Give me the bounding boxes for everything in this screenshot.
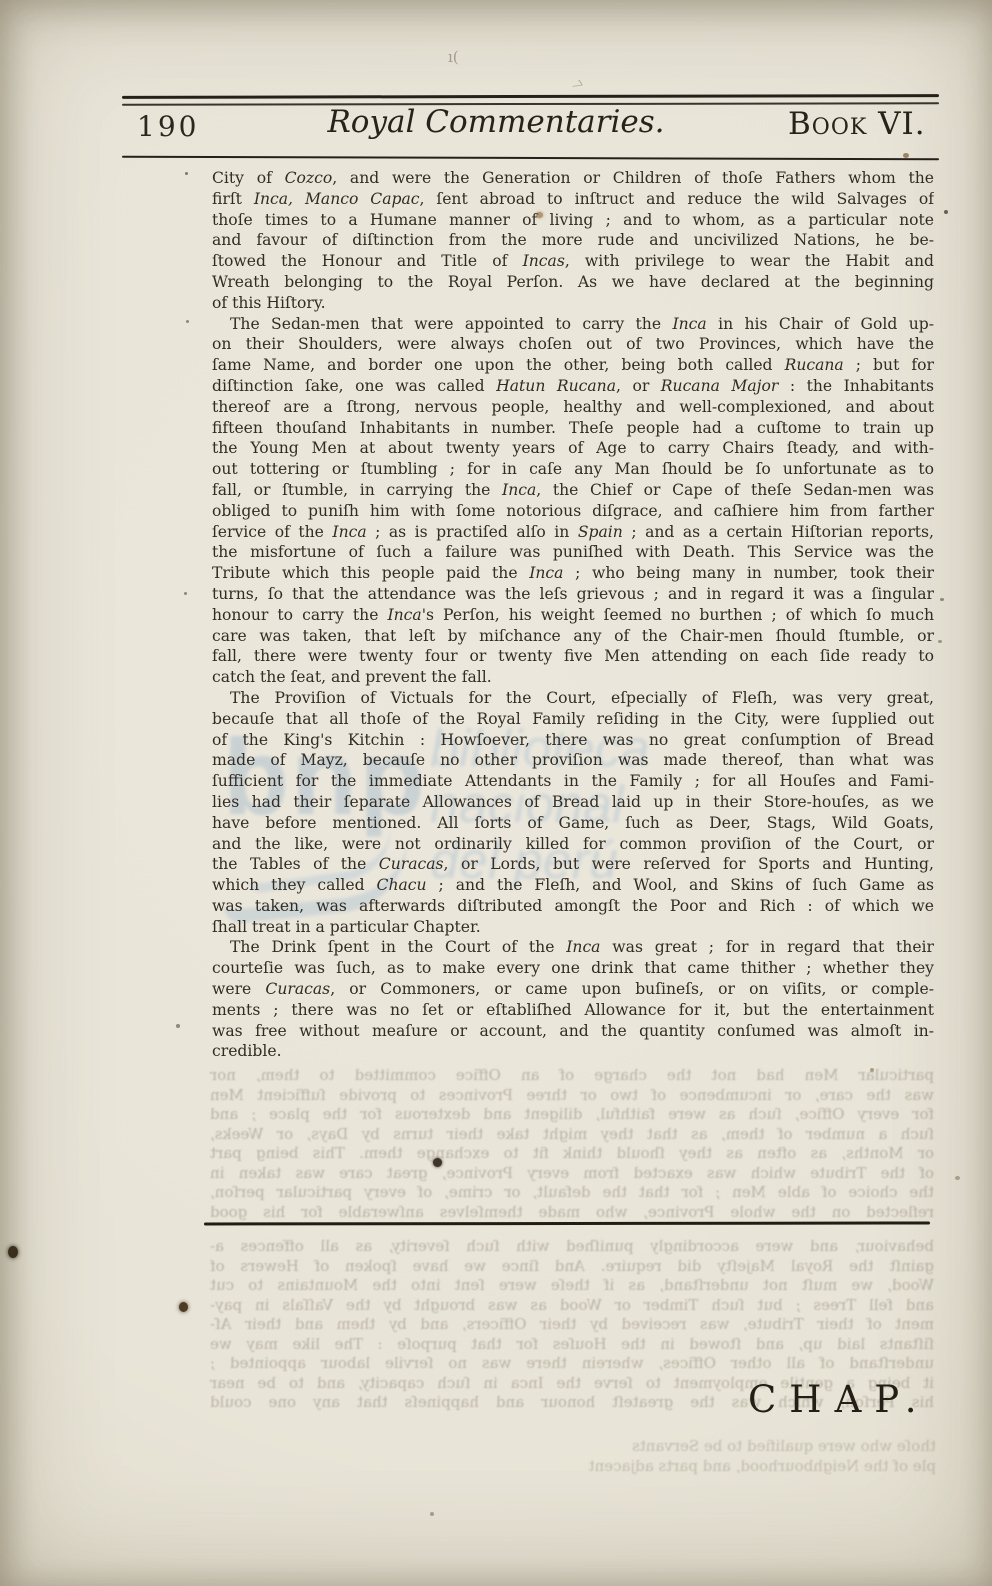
text-line: The Proviſion of Victuals for the Court,… — [212, 688, 934, 709]
text-line: ſhall treat in a particular Chapter. — [212, 917, 934, 938]
printer-dot — [185, 172, 188, 175]
text-block: City of Cozco, and were the Generation o… — [212, 168, 934, 1062]
foxing-speck — [179, 1302, 188, 1312]
printer-dot — [176, 1024, 180, 1028]
text-line: ſtowed the Honour and Title of Incas, wi… — [212, 251, 934, 272]
text-line: ſame Name, and border one upon the other… — [212, 355, 934, 376]
text-line: ſervice of the Inca ; as is practiſed al… — [212, 522, 934, 543]
text-line: courteſie was ſuch, as to make every one… — [212, 958, 934, 979]
book-page-scan: 190 Royal Commentaries. Book VI. bnp bib… — [0, 0, 992, 1586]
text-line: obliged to puniſh him with ſome notoriou… — [212, 501, 934, 522]
bleedthrough-line: behaviour, and were accordingly puniſhed… — [210, 1237, 934, 1257]
foxing-speck — [903, 153, 909, 158]
header-top-rule — [122, 94, 939, 98]
foxing-speck — [940, 598, 944, 601]
foxing-speck — [870, 1068, 874, 1072]
text-line: was free without meaſure or account, and… — [212, 1021, 934, 1042]
text-line: Wreath belonging to the Royal Perſon. As… — [212, 272, 934, 293]
foxing-speck — [938, 640, 942, 643]
text-line: and favour of diſtinction from the more … — [212, 230, 934, 251]
text-line: the Tables of the Curacas, or Lords, but… — [212, 854, 934, 875]
text-line: ments ; there was no ſet or eſtabliſhed … — [212, 1000, 934, 1021]
text-line: lies had their ſeparate Allowances of Br… — [212, 792, 934, 813]
bleedthrough-line: ſiſtants laid up, and ſtowed in the Houſ… — [210, 1335, 934, 1355]
catchword: CHAP. — [748, 1378, 929, 1421]
text-line: made of Mayz, becauſe no other proviſion… — [212, 750, 934, 771]
bleedthrough-line: gainſt the Royal Majeſty did require. An… — [210, 1257, 934, 1277]
text-line: out tottering or ſtumbling ; for in caſe… — [212, 459, 934, 480]
foxing-speck — [944, 210, 948, 214]
stray-ink-mark: ı( — [448, 48, 459, 66]
header-bottom-rule — [122, 156, 939, 161]
text-line: honour to carry the Inca's Perſon, his w… — [212, 605, 934, 626]
text-line: Tribute which this people paid the Inca … — [212, 563, 934, 584]
bleedthrough-line: the choice of able Men ; for that the de… — [210, 1183, 934, 1203]
text-line: thoſe times to a Humane manner of living… — [212, 210, 934, 231]
page-edge-blemish — [8, 1246, 18, 1258]
text-line: were Curacas, or Commoners, or came upon… — [212, 979, 934, 1000]
text-line: becauſe that all thoſe of the Royal Fami… — [212, 709, 934, 730]
text-line: which they called Chacu ; and the Fleſh,… — [212, 875, 934, 896]
text-line: fall, or ſtumble, in carrying the Inca, … — [212, 480, 934, 501]
bleedthrough-above-rule: particular Men had not the charge of an … — [210, 1066, 934, 1222]
foxing-speck — [433, 1158, 442, 1167]
bleedthrough-line: ſuch a number of them, as that they migh… — [210, 1125, 934, 1145]
stray-ink-mark: 7 — [568, 78, 585, 93]
text-line: thereof are a ſtrong, nervous people, he… — [212, 397, 934, 418]
section-divider-rule — [204, 1221, 930, 1225]
bleedthrough-line: ment of their Tribute, was received by t… — [210, 1315, 934, 1335]
text-line: The Drink ſpent in the Court of the Inca… — [212, 937, 934, 958]
text-line: of the King's Kitchin : Howſoever, there… — [212, 730, 934, 751]
text-line: fall, there were twenty four or twenty f… — [212, 646, 934, 667]
bleedthrough-line: thoſe who were qualified to be Servants — [556, 1437, 936, 1457]
foxing-speck — [536, 212, 543, 218]
text-line: diſtinction ſake, one was called Hatun R… — [212, 376, 934, 397]
text-line: firſt Inca, Manco Capac, ſent abroad to … — [212, 189, 934, 210]
foxing-speck — [955, 1176, 960, 1180]
text-line: turns, ſo that the attendance was the le… — [212, 584, 934, 605]
bleedthrough-line: reflected on the whole Province, who mad… — [210, 1203, 934, 1223]
text-line: ſufficient for the immediate Attendants … — [212, 771, 934, 792]
text-line: catch the ſeat, and prevent the fall. — [212, 667, 934, 688]
bleedthrough-line: of the Tribute which was exacted from ev… — [210, 1164, 934, 1184]
printer-dot — [186, 320, 189, 323]
printer-dot — [184, 592, 187, 595]
foxing-speck — [430, 1512, 434, 1516]
bleedthrough-line: was the care, or incumbence of two or th… — [210, 1086, 934, 1106]
text-line: on their Shoulders, were always choſen o… — [212, 334, 934, 355]
text-line: the Young Men at about twenty years of A… — [212, 438, 934, 459]
text-line: credible. — [212, 1041, 934, 1062]
bleedthrough-line: underſtand of all other Offices, wherein… — [210, 1354, 934, 1374]
text-line: The Sedan-men that were appointed to car… — [212, 314, 934, 335]
text-line: the misfortune of ſuch a failure was pun… — [212, 542, 934, 563]
bleedthrough-line: Wood, we muſt not underſtand, as if theſ… — [210, 1276, 934, 1296]
text-line: care was taken, that leſt by miſchance a… — [212, 626, 934, 647]
text-line: was taken, was afterwards diſtributed am… — [212, 896, 934, 917]
text-line: City of Cozco, and were the Generation o… — [212, 168, 934, 189]
bleedthrough-line: ple of the Neighbourhood, and parts adja… — [556, 1457, 936, 1477]
bleedthrough-line: for every Office, ſuch as were faithful,… — [210, 1105, 934, 1125]
bleedthrough-line: particular Men had not the charge of an … — [210, 1066, 934, 1086]
text-line: and the like, were not ordinarily killed… — [212, 834, 934, 855]
bleedthrough-line: or Months, as often as they ſhould think… — [210, 1144, 934, 1164]
text-line: fifteen thouſand Inhabitants in number. … — [212, 418, 934, 439]
book-number-label: Book VI. — [788, 106, 926, 142]
text-line: of this Hiſtory. — [212, 293, 934, 314]
bleedthrough-line: and fell Trees ; but ſuch Timber or Wood… — [210, 1296, 934, 1316]
text-line: have before mentioned. All ſorts of Game… — [212, 813, 934, 834]
bleedthrough-bottom-right: thoſe who were qualified to be Servantsp… — [556, 1437, 936, 1476]
